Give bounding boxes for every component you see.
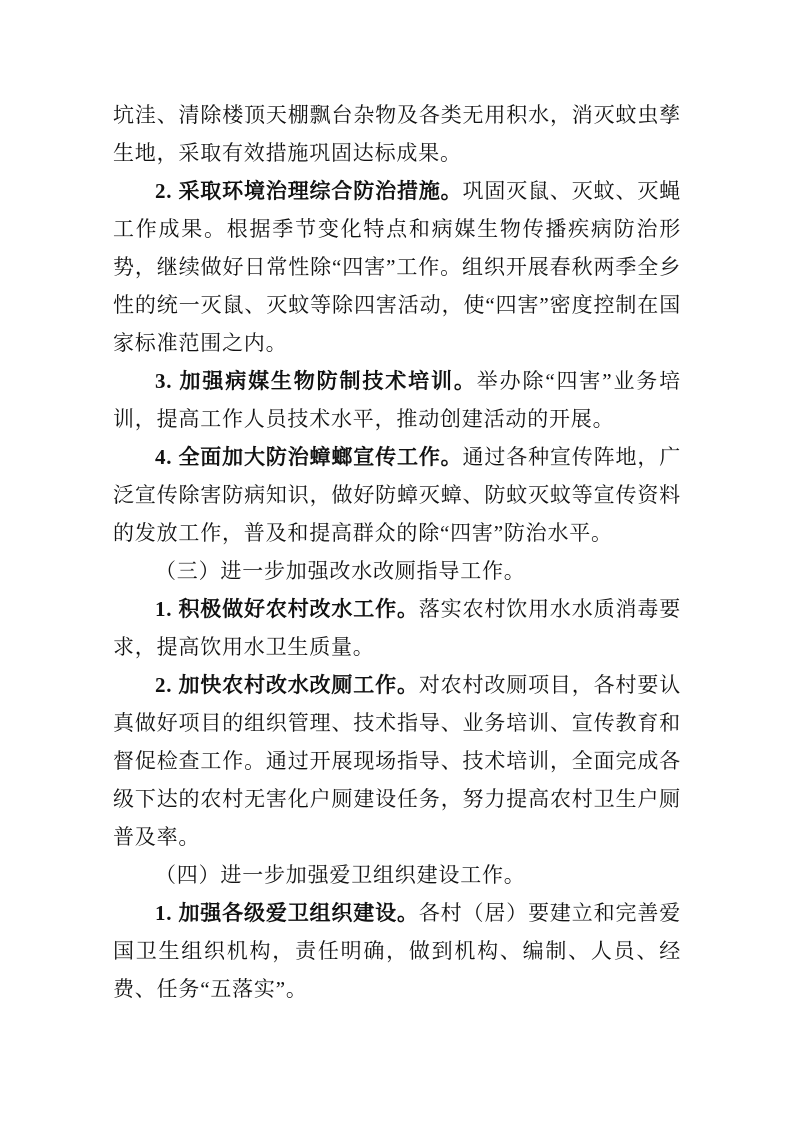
section-heading-3: （三）进一步加强改水改厕指导工作。 bbox=[113, 552, 681, 590]
paragraph-1-text: 坑洼、清除楼顶天棚飘台杂物及各类无用积水，消灭蚊虫孳生地，采取有效措施巩固达标成… bbox=[113, 103, 681, 165]
document-body: 坑洼、清除楼顶天棚飘台杂物及各类无用积水，消灭蚊虫孳生地，采取有效措施巩固达标成… bbox=[113, 96, 681, 1008]
paragraph-2-text: 巩固灭鼠、灭蚊、灭蝇工作成果。根据季节变化特点和病媒生物传播疾病防治形势，继续做… bbox=[113, 179, 681, 355]
paragraph-item-4: 4. 全面加大防治蟑螂宣传工作。通过各种宣传阵地，广泛宣传除害防病知识，做好防蟑… bbox=[113, 438, 681, 552]
paragraph-item-1-water: 1. 积极做好农村改水工作。落实农村饮用水水质消毒要求，提高饮用水卫生质量。 bbox=[113, 590, 681, 666]
section-4-text: （四）进一步加强爱卫组织建设工作。 bbox=[155, 863, 526, 887]
section-heading-4: （四）进一步加强爱卫组织建设工作。 bbox=[113, 856, 681, 894]
paragraph-9-lead: 1. 加强各级爱卫组织建设。 bbox=[155, 901, 419, 925]
paragraph-6-lead: 1. 积极做好农村改水工作。 bbox=[155, 597, 419, 621]
paragraph-3-lead: 3. 加强病媒生物防制技术培训。 bbox=[155, 369, 477, 393]
section-3-text: （三）进一步加强改水改厕指导工作。 bbox=[155, 559, 526, 583]
paragraph-item-2-toilet: 2. 加快农村改水改厕工作。对农村改厕项目，各村要认真做好项目的组织管理、技术指… bbox=[113, 666, 681, 856]
document-page: 坑洼、清除楼顶天棚飘台杂物及各类无用积水，消灭蚊虫孳生地，采取有效措施巩固达标成… bbox=[0, 0, 793, 1122]
paragraph-item-2: 2. 采取环境治理综合防治措施。巩固灭鼠、灭蚊、灭蝇工作成果。根据季节变化特点和… bbox=[113, 172, 681, 362]
paragraph-2-lead: 2. 采取环境治理综合防治措施。 bbox=[155, 179, 463, 203]
paragraph-item-3: 3. 加强病媒生物防制技术培训。举办除“四害”业务培训，提高工作人员技术水平，推… bbox=[113, 362, 681, 438]
paragraph-4-lead: 4. 全面加大防治蟑螂宣传工作。 bbox=[155, 445, 463, 469]
paragraph-continuation: 坑洼、清除楼顶天棚飘台杂物及各类无用积水，消灭蚊虫孳生地，采取有效措施巩固达标成… bbox=[113, 96, 681, 172]
paragraph-7-text: 对农村改厕项目，各村要认真做好项目的组织管理、技术指导、业务培训、宣传教育和督促… bbox=[113, 673, 681, 849]
paragraph-item-1-org: 1. 加强各级爱卫组织建设。各村（居）要建立和完善爱国卫生组织机构，责任明确，做… bbox=[113, 894, 681, 1008]
paragraph-7-lead: 2. 加快农村改水改厕工作。 bbox=[155, 673, 419, 697]
